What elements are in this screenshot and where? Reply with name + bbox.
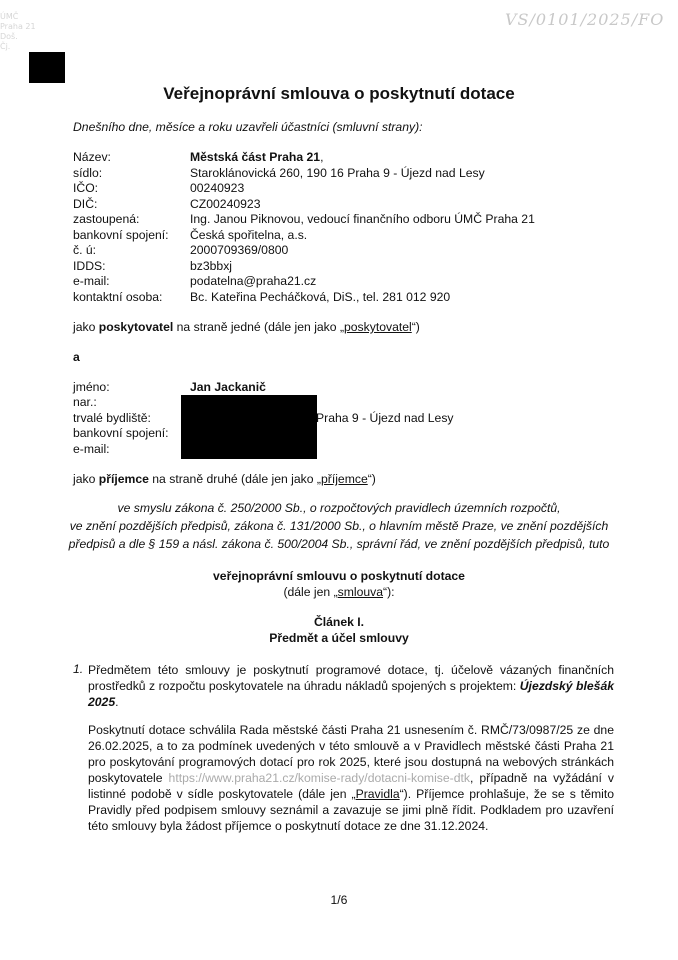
legal-basis-line: ve znění pozdějších předpisů, zákona č. …: [0, 518, 678, 536]
field-label: zastoupená:: [73, 212, 139, 228]
role-bold: poskytovatel: [99, 320, 174, 334]
article-number: Článek I.: [0, 614, 678, 632]
rules-link[interactable]: https://www.praha21.cz/komise-rady/dotac…: [169, 771, 470, 785]
text: “):: [383, 585, 395, 599]
alias: smlouva: [338, 585, 383, 599]
text: (dále jen „: [283, 585, 337, 599]
role-alias: poskytovatel: [344, 320, 412, 334]
registration-stamp: VS/0101/2025/FO: [505, 10, 664, 29]
field-label: IČO:: [73, 181, 98, 197]
document-title: Veřejnoprávní smlouva o poskytnutí dotac…: [0, 84, 678, 104]
redaction-box-top: [29, 52, 65, 83]
field-value: 2000709369/0800: [190, 243, 288, 259]
text: jako: [73, 472, 99, 486]
text: .: [115, 695, 118, 709]
intro-text: Dnešního dne, měsíce a roku uzavřeli úča…: [73, 120, 423, 134]
page-number: 1/6: [0, 893, 678, 907]
clause-1-paragraph-2: Poskytnutí dotace schválila Rada městské…: [88, 722, 614, 834]
field-label: e-mail:: [73, 442, 110, 458]
field-label: bankovní spojení:: [73, 228, 169, 244]
recipient-role: jako příjemce na straně druhé (dále jen …: [73, 472, 376, 486]
field-value: Česká spořitelna, a.s.: [190, 228, 307, 244]
conjunction-and: a: [73, 350, 80, 364]
punct: ,: [320, 150, 323, 164]
field-label: Název:: [73, 150, 111, 166]
role-bold: příjemce: [99, 472, 149, 486]
article-title: Předmět a účel smlouvy: [0, 630, 678, 648]
field-label: kontaktní osoba:: [73, 290, 162, 306]
field-label: e-mail:: [73, 274, 110, 290]
field-value: 00240923: [190, 181, 244, 197]
text: na straně druhé (dále jen jako „: [149, 472, 321, 486]
faint-stamp-line: Praha 21: [0, 22, 36, 32]
field-value: Staroklánovická 260, 190 16 Praha 9 - Új…: [190, 166, 485, 182]
alias: Pravidla: [356, 787, 400, 801]
clause-1-text: Předmětem této smlouvy je poskytnutí pro…: [88, 662, 614, 710]
field-label: sídlo:: [73, 166, 102, 182]
field-value: Praha 9 - Újezd nad Lesy: [316, 411, 454, 427]
field-label: DIČ:: [73, 197, 97, 213]
field-label: nar.:: [73, 395, 97, 411]
faint-stamp-line: Doš.: [0, 32, 36, 42]
clause-number: 1.: [73, 662, 83, 676]
faint-received-stamp: ÚMČ Praha 21 Doš. Čj.: [0, 12, 36, 52]
text: na straně jedné (dále jen jako „: [173, 320, 344, 334]
faint-stamp-line: Čj.: [0, 42, 36, 52]
field-value: Bc. Kateřina Pecháčková, DiS., tel. 281 …: [190, 290, 450, 306]
contract-alias: (dále jen „smlouva“):: [0, 584, 678, 602]
provider-role: jako poskytovatel na straně jedné (dále …: [73, 320, 420, 334]
field-label: IDDS:: [73, 259, 106, 275]
field-value: Ing. Janou Piknovou, vedoucí finančního …: [190, 212, 535, 228]
contract-heading: veřejnoprávní smlouvu o poskytnutí dotac…: [0, 568, 678, 586]
legal-basis-line: ve smyslu zákona č. 250/2000 Sb., o rozp…: [0, 500, 678, 518]
legal-basis-line: předpisů a dle § 159 a násl. zákona č. 5…: [0, 536, 678, 554]
field-label: trvalé bydliště:: [73, 411, 151, 427]
redaction-box-recipient: [181, 395, 317, 459]
field-label: bankovní spojení:: [73, 426, 169, 442]
field-value: Městská část Praha 21,: [190, 150, 323, 166]
field-value: bz3bbxj: [190, 259, 232, 275]
text: jako: [73, 320, 99, 334]
text: “): [412, 320, 420, 334]
field-value: CZ00240923: [190, 197, 260, 213]
recipient-name: Jan Jackanič: [190, 380, 266, 396]
text: “): [368, 472, 376, 486]
role-alias: příjemce: [321, 472, 368, 486]
faint-stamp-line: ÚMČ: [0, 12, 36, 22]
field-label: č. ú:: [73, 243, 96, 259]
provider-name: Městská část Praha 21: [190, 150, 320, 164]
field-label: jméno:: [73, 380, 110, 396]
field-value: podatelna@praha21.cz: [190, 274, 316, 290]
